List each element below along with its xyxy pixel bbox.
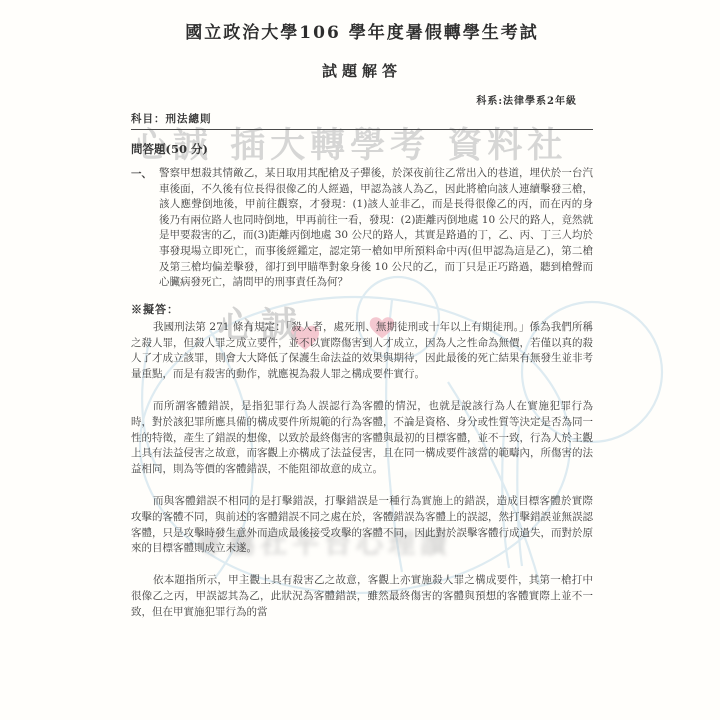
question-item: 一、 警察甲想殺其情敵乙，某日取用其配槍及子彈後，於深夜前往乙常出入的巷道，埋伏… (131, 166, 593, 291)
answer-paragraph-1: 我國刑法第 271 條有規定：「殺人者，處死刑、無期徒刑或十年以上有期徒刑。」係… (131, 320, 593, 383)
document-title: 國立政治大學106 學年度暑假轉學生考試 (131, 18, 593, 43)
document-content: 國立政治大學106 學年度暑假轉學生考試 試題解答 科系:法律學系2年級 科目：… (131, 10, 593, 621)
exam-answer-document: 心誠 插大轉學考 資料社 心誠 專屬社平台心理讀 國立政治大學106 學年度暑假… (0, 0, 720, 720)
answer-paragraph-2: 而所謂客體錯誤，是指犯罪行為人誤認行為客體的情況，也就是說該行為人在實施犯罪行為… (131, 399, 593, 478)
question-number: 一、 (131, 166, 159, 291)
answer-paragraph-4: 依本題指所示，甲主觀上具有殺害乙之故意，客觀上亦實施殺人罪之構成要件，其第一槍打… (131, 573, 593, 620)
document-subtitle: 試題解答 (131, 60, 593, 81)
question-text: 警察甲想殺其情敵乙，某日取用其配槍及子彈後，於深夜前往乙常出入的巷道，埋伏於一台… (159, 166, 593, 291)
answer-paragraph-3: 而與客體錯誤不相同的是打擊錯誤，打擊錯誤是一種行為實施上的錯誤，造成目標客體於實… (131, 494, 593, 557)
department-line: 科系:法律學系2年級 (131, 92, 593, 107)
header-divider (131, 129, 593, 130)
subject-line: 科目：刑法總則 (131, 111, 593, 126)
answer-heading: ※擬答： (131, 301, 593, 317)
question-section-heading: 問答題(50 分) (131, 141, 593, 157)
